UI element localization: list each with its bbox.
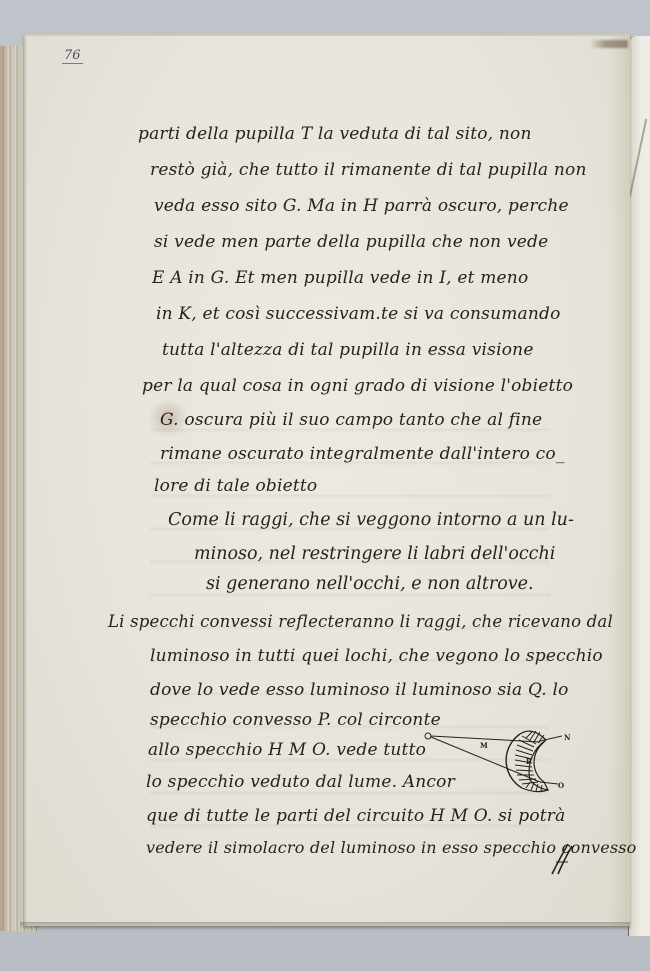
section-heading-line: si generano nell'occhi, e non altrove. xyxy=(206,574,534,594)
section-heading-line: Come li raggi, che si veggono intorno a … xyxy=(168,510,574,530)
text-line: veda esso sito G. Ma in H parrà oscuro, … xyxy=(154,196,569,216)
manuscript-photo: 76 parti della pupilla T la veduta di ta… xyxy=(0,0,650,971)
manuscript-text: parti della pupilla T la veduta di tal s… xyxy=(0,0,650,971)
text-line: dove lo vede esso luminoso il luminoso s… xyxy=(150,680,569,700)
text-line: lo specchio veduto dal lume. Ancor xyxy=(146,772,455,792)
text-line: parti della pupilla T la veduta di tal s… xyxy=(138,124,532,144)
text-line: E A in G. Et men pupilla vede in I, et m… xyxy=(152,268,528,288)
text-line: tutta l'altezza di tal pupilla in essa v… xyxy=(162,340,534,360)
luminous-point-icon xyxy=(425,733,431,739)
end-flourish-mark xyxy=(548,840,578,876)
diagram-label-p: P xyxy=(526,757,532,766)
text-line: in K, et così successivam.te si va consu… xyxy=(156,304,561,324)
text-line: restò già, che tutto il rimanente di tal… xyxy=(150,160,587,180)
text-line: lore di tale obietto xyxy=(154,476,317,496)
text-line: si vede men parte della pupilla che non … xyxy=(154,232,548,252)
diagram-label-o: O xyxy=(558,781,564,790)
text-line: Li specchi convessi reflecteranno li rag… xyxy=(108,612,613,631)
diagram-label-n: N xyxy=(564,733,571,742)
convex-mirror-diagram: M N P O xyxy=(422,722,572,794)
text-line: allo specchio H M O. vede tutto xyxy=(148,740,426,760)
text-line: per la qual cosa in ogni grado di vision… xyxy=(142,376,573,396)
diagram-label-m: M xyxy=(480,741,488,750)
section-heading-line: minoso, nel restringere li labri dell'oc… xyxy=(194,544,555,564)
text-line: luminoso in tutti quei lochi, che vegono… xyxy=(150,646,603,666)
text-line: G. oscura più il suo campo tanto che al … xyxy=(160,410,542,430)
text-line: rimane oscurato integralmente dall'inter… xyxy=(160,444,565,464)
text-line: que di tutte le parti del circuito H M O… xyxy=(146,806,565,826)
text-line: specchio convesso P. col circonte xyxy=(150,710,441,730)
